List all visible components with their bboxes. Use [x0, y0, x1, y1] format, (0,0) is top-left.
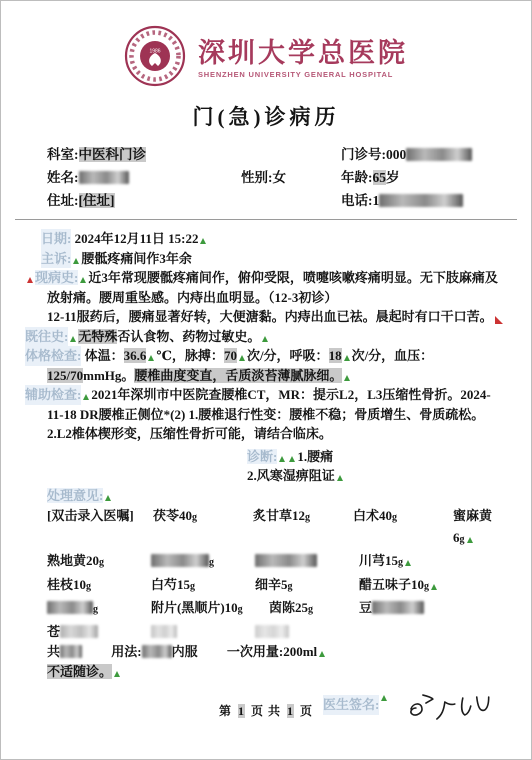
exam-findings-highlight[interactable]: 腰椎曲度变直，舌质淡苔薄腻脉细。 — [134, 368, 342, 383]
drug-unit: g — [288, 581, 293, 592]
field-marker-icon — [467, 537, 473, 543]
rx-drug[interactable]: 炙甘草12g — [253, 505, 353, 550]
field-marker-icon — [405, 560, 411, 566]
revision-marker-icon — [27, 277, 33, 283]
spacer — [241, 189, 341, 212]
hpi-label: 现病史: — [35, 270, 78, 285]
order-entry-hint[interactable]: [双击录入医嘱] — [47, 505, 153, 550]
followup-line: 不适随诊。 — [47, 662, 503, 682]
past-history-label: 既往史: — [25, 327, 68, 347]
rx-row-1: [双击录入医嘱] 茯苓40g 炙甘草12g 白术40g 蜜麻黄6g — [47, 505, 503, 550]
footer-text: 页 共 — [251, 704, 281, 718]
drug-unit: g — [190, 581, 195, 592]
field-marker-icon — [279, 456, 285, 462]
name-label: 姓名: — [47, 170, 79, 185]
drug-name: 桂枝 — [47, 577, 73, 592]
respiration-value[interactable]: 18 — [329, 348, 342, 363]
rx-row-2: 熟地黄20g g 川芎15g — [47, 550, 503, 574]
dept-value[interactable]: 中医科门诊 — [79, 147, 147, 162]
field-marker-icon — [83, 394, 89, 400]
age-label: 年龄: — [341, 170, 373, 185]
patient-row-3: 住址:[住址] 电话:1 — [47, 189, 503, 212]
patient-row-1: 科室:中医科门诊 门诊号:000 — [47, 143, 503, 166]
field-marker-icon — [431, 584, 437, 590]
sex-label: 性别: — [241, 170, 273, 185]
date-line: 日期: 2024年12月11日 15:22 — [47, 229, 503, 249]
total-label: 共 — [47, 644, 60, 659]
phone-label: 电话: — [341, 193, 373, 208]
rx-drug-partially-redacted: 豆 — [359, 597, 503, 621]
field-marker-icon — [319, 651, 325, 657]
field-marker-icon — [148, 355, 154, 361]
revision-flag-icon — [495, 316, 503, 324]
aux-exam-paragraph: 辅助检查:2021年深圳市中医院查腰椎CT，MR：提示L2，L3压缩性骨折。20… — [47, 385, 503, 444]
rx-row-3: 桂枝10g 白芍15g 细辛5g 醋五味子10g — [47, 574, 503, 598]
drug-unit: g — [192, 512, 197, 523]
rx-drug[interactable]: 川芎15g — [359, 550, 503, 574]
drug-name: 茵陈 — [269, 600, 295, 615]
phone-redacted — [379, 194, 463, 207]
drug-unit: g — [398, 557, 403, 568]
drug-unit: g — [424, 581, 429, 592]
rx-drug[interactable]: 蜜麻黄6g — [453, 505, 503, 550]
diagnosis-1[interactable]: 1.腰痛 — [297, 449, 333, 464]
rx-drug[interactable]: 醋五味子10g — [359, 574, 503, 598]
rx-drug[interactable]: 白芍15g — [151, 574, 255, 598]
diagnosis-label: 诊断: — [247, 449, 277, 464]
field-marker-icon — [344, 375, 350, 381]
usage-method[interactable]: 用法:内服 — [111, 644, 197, 659]
name-field: 姓名: — [47, 166, 241, 189]
visit-no-redacted — [406, 148, 472, 161]
address-field: 住址:[住址] — [47, 189, 241, 212]
medical-record-page: 1986 深圳大学总医院 SHENZHEN UNIVERSITY GENERAL… — [0, 0, 532, 760]
dose-label: 一次用量: — [227, 644, 283, 659]
footer-text: 页 — [300, 704, 313, 718]
drug-amount: 15 — [177, 577, 190, 592]
past-history-line: 既往史:无特殊否认食物、药物过敏史。 — [47, 327, 503, 347]
hospital-name-block: 深圳大学总医院 SHENZHEN UNIVERSITY GENERAL HOSP… — [198, 38, 408, 79]
header-divider — [15, 219, 517, 220]
hospital-name-en: SHENZHEN UNIVERSITY GENERAL HOSPITAL — [198, 70, 408, 79]
plan-heading: 处理意见: — [47, 486, 503, 506]
visit-no-label: 门诊号: — [341, 147, 386, 162]
spacer — [241, 143, 341, 166]
phone-field: 电话:1 — [341, 189, 503, 212]
drug-unit: g — [392, 512, 397, 523]
drug-unit: g — [308, 604, 313, 615]
dept-label: 科室: — [47, 147, 79, 162]
rx-drug-redacted — [255, 550, 359, 574]
diagnosis-line-1: 诊断:1.腰痛 — [247, 447, 503, 467]
drug-unit: g — [86, 581, 91, 592]
drug-name: 细辛 — [255, 577, 281, 592]
drug-name: 熟地黄 — [47, 553, 86, 568]
record-body: 日期: 2024年12月11日 15:22 主诉:腰骶疼痛间作3年余 现病史:近… — [47, 229, 503, 733]
drug-amount: 25 — [295, 600, 308, 615]
drug-unit: g — [209, 557, 214, 568]
total-pages: 1 — [287, 704, 294, 718]
sex-field: 性别:女 — [241, 166, 341, 189]
sex-value[interactable]: 女 — [273, 170, 287, 185]
date-label: 日期: — [41, 229, 71, 249]
diagnosis-line-2: 2.风寒湿痹阻证 — [247, 466, 503, 486]
rx-drug[interactable]: 茵陈25g — [269, 597, 359, 621]
visit-no-field: 门诊号:000 — [341, 143, 503, 166]
field-marker-icon — [105, 495, 111, 501]
hospital-name: 深圳大学总医院 — [198, 38, 408, 68]
hospital-header: 1986 深圳大学总医院 SHENZHEN UNIVERSITY GENERAL… — [1, 25, 531, 92]
field-marker-icon — [262, 336, 268, 342]
drug-name: 蜜麻黄 — [453, 508, 492, 523]
hpi-paragraph: 现病史:近3年常现腰骶疼痛间作，俯仰受限，喷嚏咳嗽疼痛明显。无下肢麻痛及放射痛。… — [47, 268, 503, 307]
rx-drug-redacted: g — [47, 597, 151, 621]
diagnosis-block: 诊断:1.腰痛 2.风寒湿痹阻证 — [247, 447, 503, 486]
drug-amount: 12 — [292, 508, 305, 523]
patient-info: 科室:中医科门诊 门诊号:000 姓名: 性别:女 年龄:65岁 住址:[住址]… — [47, 143, 503, 212]
drug-unit: g — [93, 604, 98, 615]
plan-label: 处理意见: — [47, 488, 103, 503]
rx-drug[interactable]: 白术40g — [353, 505, 453, 550]
age-unit: 岁 — [386, 170, 400, 185]
field-marker-icon — [289, 456, 295, 462]
address-value[interactable]: [住址] — [79, 193, 115, 208]
hpi-text[interactable]: 近3年常现腰骶疼痛间作，俯仰受限，喷嚏咳嗽疼痛明显。无下肢麻痛及放射痛。腰周重坠… — [47, 270, 498, 305]
rx-drug[interactable]: 附片(黑顺片)10g — [151, 597, 269, 621]
phone-prefix: 1 — [373, 193, 380, 208]
drug-amount: 20 — [86, 553, 99, 568]
field-marker-icon — [381, 695, 387, 701]
chief-label: 主诉: — [41, 249, 71, 269]
diagnosis-2[interactable]: 2.风寒湿痹阻证 — [247, 468, 335, 483]
rx-drug-redacted — [151, 621, 255, 643]
exam-text: 次/分，血压： — [352, 348, 434, 363]
usage-suffix: 内服 — [172, 644, 198, 659]
field-marker-icon — [337, 475, 343, 481]
rx-row-4: g 附片(黑顺片)10g 茵陈25g 豆 — [47, 597, 503, 621]
rx-drug[interactable]: 熟地黄20g — [47, 550, 151, 574]
single-dose[interactable]: 一次用量:200ml — [227, 644, 327, 659]
usage-line: 共 用法:内服 一次用量:200ml — [47, 642, 503, 662]
hpi-paragraph-2: 12-11服药后，腰痛显著好转，大便溏黏。内痔出血已祛。晨起时有口干口苦。 — [47, 307, 503, 327]
drug-amount: 15 — [385, 553, 398, 568]
physical-exam-label: 体格检查: — [25, 346, 81, 366]
followup-text[interactable]: 不适随诊。 — [47, 664, 112, 679]
dose-value: 200ml — [283, 644, 317, 659]
drug-unit: g — [99, 557, 104, 568]
visit-no-prefix: 000 — [386, 147, 406, 162]
usage-label: 用法: — [111, 644, 141, 659]
footer-text: 第 — [219, 704, 232, 718]
hpi-text-2[interactable]: 12-11服药后，腰痛显著好转，大便溏黏。内痔出血已祛。晨起时有口干口苦。 — [47, 309, 493, 324]
field-marker-icon — [344, 355, 350, 361]
field-marker-icon — [80, 277, 86, 283]
physical-exam-paragraph: 体格检查: 体温：36.6℃，脉搏：70次/分，呼吸：18次/分，血压：125/… — [47, 346, 503, 385]
drug-name: 豆 — [359, 600, 372, 615]
drug-name: 炙甘草 — [253, 508, 292, 523]
drug-amount: 40 — [179, 508, 192, 523]
drug-name: 茯苓 — [153, 508, 179, 523]
field-marker-icon — [73, 258, 79, 264]
dept-field: 科室:中医科门诊 — [47, 143, 241, 166]
drug-unit: g — [305, 512, 310, 523]
drug-amount: 10 — [225, 600, 238, 615]
rx-drug-redacted: g — [151, 550, 255, 574]
drug-name: 川芎 — [359, 553, 385, 568]
aux-exam-label: 辅助检查: — [25, 385, 81, 405]
temperature-value[interactable]: 36.6 — [124, 348, 147, 363]
field-marker-icon — [239, 355, 245, 361]
drug-name: 白芍 — [151, 577, 177, 592]
name-redacted — [79, 171, 129, 184]
field-marker-icon — [70, 336, 76, 342]
patient-row-2: 姓名: 性别:女 年龄:65岁 — [47, 166, 503, 189]
field-marker-icon — [200, 238, 206, 244]
rx-drug-partially-redacted: 苍 — [47, 621, 151, 643]
exam-text: ℃，脉搏： — [156, 348, 224, 363]
rx-drug[interactable]: 茯苓40g — [153, 505, 253, 550]
hospital-seal-icon: 1986 — [124, 25, 186, 92]
drug-unit: g — [238, 604, 243, 615]
rx-drug-redacted — [255, 621, 503, 643]
total-doses[interactable]: 共 — [47, 644, 82, 659]
rx-row-5: 苍 — [47, 621, 503, 643]
pulse-value[interactable]: 70 — [224, 348, 237, 363]
drug-amount: 10 — [411, 577, 424, 592]
age-value[interactable]: 65 — [373, 170, 387, 185]
exam-text: 次/分，呼吸： — [247, 348, 329, 363]
past-history-highlight[interactable]: 无特殊 — [78, 329, 117, 344]
rx-drug[interactable]: 桂枝10g — [47, 574, 151, 598]
aux-exam-text[interactable]: 2021年深圳市中医院查腰椎CT，MR：提示L2，L3压缩性骨折。2024-11… — [47, 387, 491, 441]
exam-text: 体温： — [85, 348, 124, 363]
chief-complaint-line: 主诉:腰骶疼痛间作3年余 — [47, 249, 503, 269]
chief-value[interactable]: 腰骶疼痛间作3年余 — [81, 251, 192, 266]
field-marker-icon — [114, 671, 120, 677]
address-label: 住址: — [47, 193, 79, 208]
page-footer: 第1页 共1页 — [1, 702, 531, 719]
bp-diastolic-value[interactable]: /70 — [67, 368, 84, 383]
drug-name: 白术 — [353, 508, 379, 523]
bp-systolic-value[interactable]: 125 — [47, 368, 67, 383]
drug-amount: 40 — [379, 508, 392, 523]
document-title: 门(急)诊病历 — [1, 101, 531, 131]
date-value[interactable]: 2024年12月11日 15:22 — [75, 231, 199, 246]
drug-amount: 10 — [73, 577, 86, 592]
rx-drug[interactable]: 细辛5g — [255, 574, 359, 598]
drug-unit: g — [460, 534, 465, 545]
drug-name: 苍 — [47, 624, 60, 639]
exam-text: mmHg。 — [83, 368, 134, 383]
drug-name: 附片(黑顺片) — [151, 600, 225, 615]
age-field: 年龄:65岁 — [341, 166, 503, 189]
past-history-text[interactable]: 否认食物、药物过敏史。 — [117, 329, 260, 344]
drug-name: 醋五味子 — [359, 577, 411, 592]
page-number: 1 — [238, 704, 245, 718]
